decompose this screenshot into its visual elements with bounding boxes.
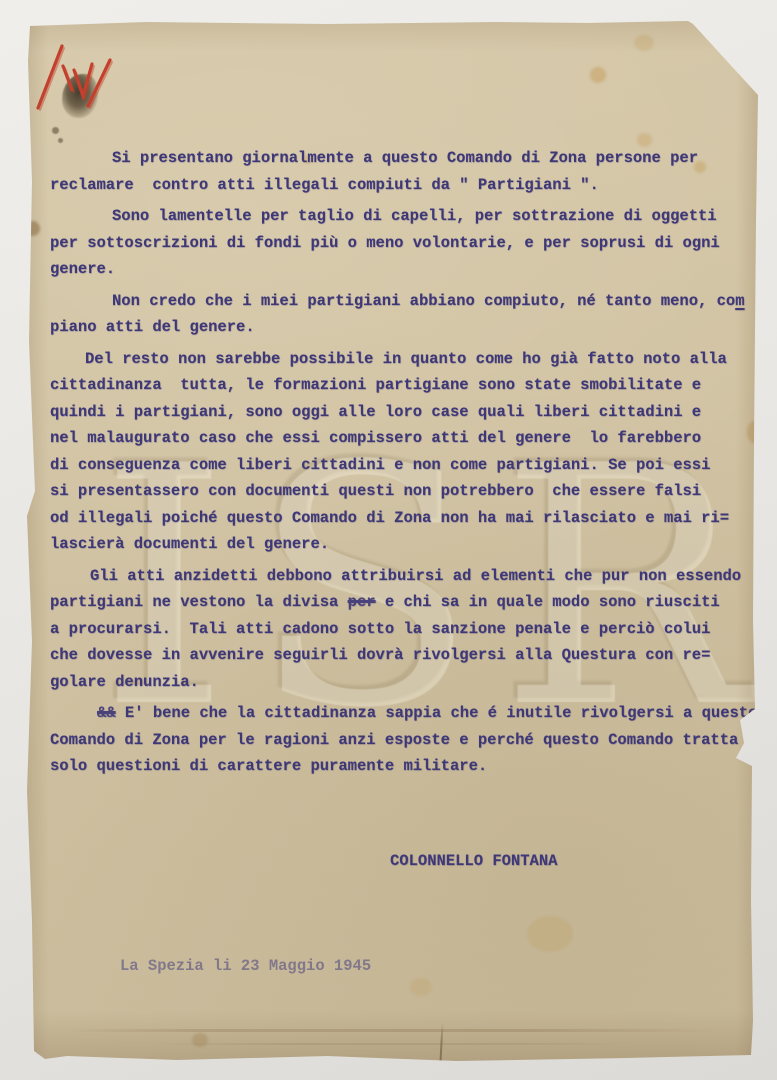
document-body: Si presentano giornalmente a questo Coma…	[50, 92, 745, 1033]
text-line: per sottoscrizioni di fondi più o meno v…	[50, 230, 745, 257]
text-segment: partigiani ne vestono la divisa	[50, 593, 348, 611]
paragraphs-container: Si presentano giornalmente a questo Coma…	[50, 145, 745, 780]
text-line: che dovesse in avvenire seguirli dovrà r…	[50, 642, 745, 669]
text-line: golare denunzia.	[50, 669, 745, 696]
paper-sheet: ISR Si presentano giornalmente a questo …	[27, 21, 758, 1062]
text-segment: Gli atti anzidetti debbono attribuirsi a…	[90, 567, 741, 585]
text-segment: cittadinanza tutta, le formazioni partig…	[50, 376, 701, 394]
paragraph: Sono lamentelle per taglio di capelli, p…	[50, 203, 745, 283]
text-segment: Del resto non sarebbe possibile in quant…	[85, 350, 727, 368]
text-line: Si presentano giornalmente a questo Coma…	[50, 145, 745, 172]
text-line: lascierà documenti del genere.	[50, 531, 745, 558]
scan-background: { "page": { "background_color": "#e8e6e2…	[0, 0, 777, 1080]
text-segment: od illegali poiché questo Comando di Zon…	[50, 509, 729, 527]
text-line: Comando di Zona per le ragioni anzi espo…	[50, 727, 745, 754]
paragraph: Si presentano giornalmente a questo Coma…	[50, 145, 745, 198]
text-segment: genere.	[50, 260, 115, 278]
text-segment: di conseguenza come liberi cittadini e n…	[50, 456, 710, 474]
text-line: Gli atti anzidetti debbono attribuirsi a…	[50, 563, 745, 590]
text-segment: golare denunzia.	[50, 673, 199, 691]
paragraph: Del resto non sarebbe possibile in quant…	[50, 346, 745, 558]
text-segment: che dovesse in avvenire seguirli dovrà r…	[50, 646, 710, 664]
text-segment: solo questioni di carattere puramente mi…	[50, 757, 487, 775]
text-segment: piano atti del genere.	[50, 318, 255, 336]
text-segment-strike: &&	[97, 704, 116, 722]
text-line: di conseguenza come liberi cittadini e n…	[50, 452, 745, 479]
text-segment: per sottoscrizioni di fondi più o meno v…	[50, 234, 720, 252]
text-line: solo questioni di carattere puramente mi…	[50, 753, 745, 780]
fold-crease	[147, 1043, 627, 1045]
text-segment: lascierà documenti del genere.	[50, 535, 329, 553]
text-segment: e chi sa in quale modo sono riusciti	[376, 593, 720, 611]
paragraph: Gli atti anzidetti debbono attribuirsi a…	[50, 563, 745, 696]
text-line: od illegali poiché questo Comando di Zon…	[50, 505, 745, 532]
text-segment: Sono lamentelle per taglio di capelli, p…	[112, 207, 717, 225]
text-line: reclamare contro atti illegali compiuti …	[50, 172, 745, 199]
text-line: cittadinanza tutta, le formazioni partig…	[50, 372, 745, 399]
text-line: Del resto non sarebbe possibile in quant…	[50, 346, 745, 373]
text-segment: reclamare contro atti illegali compiuti …	[50, 176, 599, 194]
text-segment: nel malaugurato caso che essi compissero…	[50, 429, 701, 447]
dateline: La Spezia li 23 Maggio 1945	[50, 953, 745, 980]
foxing-spot	[634, 35, 654, 51]
foxing-spot	[747, 421, 761, 443]
text-line: a procurarsi. Tali atti cadono sotto la …	[50, 616, 745, 643]
text-line: genere.	[50, 256, 745, 283]
text-line: quindi i partigiani, sono oggi alle loro…	[50, 399, 745, 426]
text-line: nel malaugurato caso che essi compissero…	[50, 425, 745, 452]
text-line: Non credo che i miei partigiani abbiano …	[50, 288, 745, 315]
paragraph: && E' bene che la cittadinanza sappia ch…	[50, 700, 745, 780]
text-line: && E' bene che la cittadinanza sappia ch…	[50, 700, 745, 727]
text-line: si presentassero con documenti questi no…	[50, 478, 745, 505]
text-segment-underline: m	[735, 292, 744, 310]
text-line: piano atti del genere.	[50, 314, 745, 341]
text-segment: si presentassero con documenti questi no…	[50, 482, 701, 500]
text-segment: Comando di Zona per le ragioni anzi espo…	[50, 731, 738, 749]
paragraph: Non credo che i miei partigiani abbiano …	[50, 288, 745, 341]
foxing-spot	[25, 221, 40, 236]
text-line: partigiani ne vestono la divisa per e ch…	[50, 589, 745, 616]
foxing-spot	[590, 67, 606, 83]
text-line: Sono lamentelle per taglio di capelli, p…	[50, 203, 745, 230]
signature-line: COLONNELLO FONTANA	[50, 848, 745, 875]
text-segment: Non credo che i miei partigiani abbiano …	[112, 292, 735, 310]
text-segment: a procurarsi. Tali atti cadono sotto la …	[50, 620, 710, 638]
text-segment: quindi i partigiani, sono oggi alle loro…	[50, 403, 701, 421]
text-segment-strike: per	[348, 593, 376, 611]
text-segment: Si presentano giornalmente a questo Coma…	[112, 149, 698, 167]
text-segment: E' bene che la cittadinanza sappia che é…	[116, 704, 758, 722]
